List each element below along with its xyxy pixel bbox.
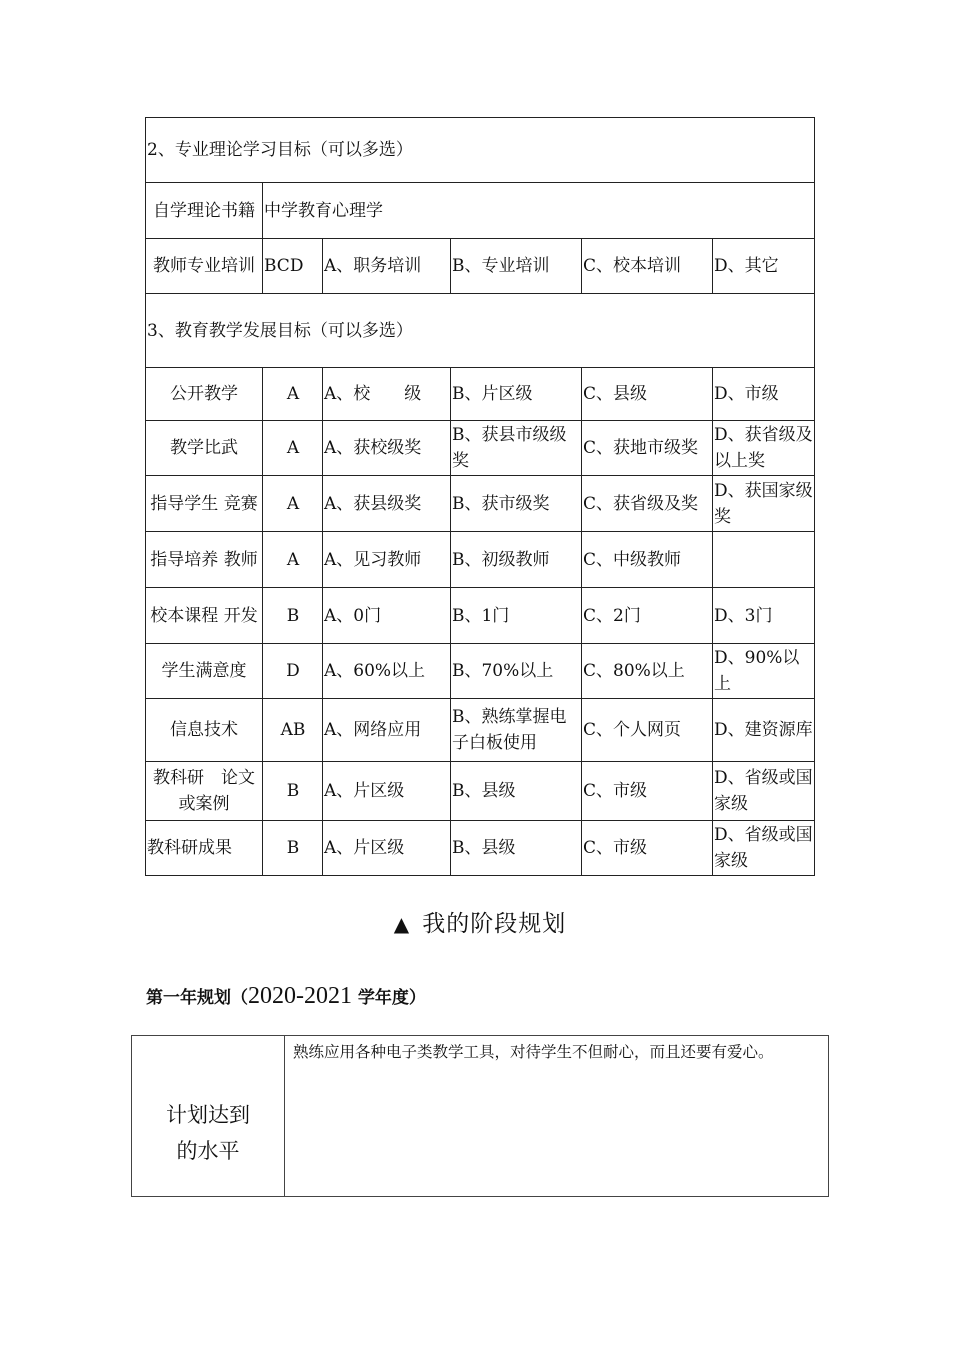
- option-b: B、专业培训: [451, 239, 582, 294]
- plan-level-content: 熟练应用各种电子类教学工具，对待学生不但耐心，而且还要有爱心。: [285, 1036, 829, 1197]
- option-d: D、获国家级奖: [713, 476, 815, 532]
- table-row: 指导学生 竞赛 A A、获县级奖 B、获市级奖 C、获省级及奖 D、获国家级奖: [146, 476, 815, 532]
- table-row: 学生满意度 D A、60%以上 B、70%以上 C、80%以上 D、90%以上: [146, 644, 815, 699]
- row-label: 教科研 论文或案例: [146, 762, 263, 821]
- option-b: B、熟练掌握电子白板使用: [451, 699, 582, 762]
- option-a: A、60%以上: [323, 644, 451, 699]
- section3-header-row: 3、教育教学发展目标（可以多选）: [146, 294, 815, 368]
- table-row: 指导培养 教师 A A、见习教师 B、初级教师 C、中级教师: [146, 532, 815, 588]
- answer-cell: BCD: [263, 239, 323, 294]
- option-d: D、省级或国家级: [713, 762, 815, 821]
- table-row: 教科研 论文或案例 B A、片区级 B、县级 C、市级 D、省级或国家级: [146, 762, 815, 821]
- option-b: B、1门: [451, 588, 582, 644]
- plan-level-label: 计划达到的水平: [132, 1036, 285, 1197]
- table-row: 公开教学 A A、校 级 B、片区级 C、县级 D、市级: [146, 368, 815, 421]
- stage-plan-heading: ▲我的阶段规划: [0, 905, 960, 938]
- table-row: 信息技术 AB A、网络应用 B、熟练掌握电子白板使用 C、个人网页 D、建资源…: [146, 699, 815, 762]
- option-a: A、0门: [323, 588, 451, 644]
- row-label: 教师专业培训: [146, 239, 263, 294]
- row-label: 教学比武: [146, 421, 263, 476]
- option-b: B、县级: [451, 821, 582, 876]
- year1-suffix: 学年度）: [352, 988, 426, 1008]
- option-c: C、获省级及奖: [582, 476, 713, 532]
- section2-header-row: 2、专业理论学习目标（可以多选）: [146, 118, 815, 183]
- row-label: 指导学生 竞赛: [146, 476, 263, 532]
- row-label: 学生满意度: [146, 644, 263, 699]
- option-b: B、县级: [451, 762, 582, 821]
- stage-plan-title: 我的阶段规划: [422, 911, 566, 937]
- row-label: 指导培养 教师: [146, 532, 263, 588]
- option-c: C、校本培训: [582, 239, 713, 294]
- option-a: A、见习教师: [323, 532, 451, 588]
- answer-cell: A: [263, 368, 323, 421]
- table-row: 教学比武 A A、获校级奖 B、获县市级级奖 C、获地市级奖 D、获省级及以上奖: [146, 421, 815, 476]
- row-label: 教科研成果: [146, 821, 263, 876]
- option-a: A、职务培训: [323, 239, 451, 294]
- row-label: 校本课程 开发: [146, 588, 263, 644]
- option-c: C、中级教师: [582, 532, 713, 588]
- option-c: C、市级: [582, 821, 713, 876]
- answer-cell: D: [263, 644, 323, 699]
- answer-cell: B: [263, 588, 323, 644]
- answer-cell: B: [263, 762, 323, 821]
- option-d: [713, 532, 815, 588]
- option-a: A、获校级奖: [323, 421, 451, 476]
- option-b: B、获市级奖: [451, 476, 582, 532]
- answer-cell: A: [263, 476, 323, 532]
- option-b: B、初级教师: [451, 532, 582, 588]
- row-label: 信息技术: [146, 699, 263, 762]
- row-label: 公开教学: [146, 368, 263, 421]
- answer-cell: A: [263, 421, 323, 476]
- option-d: D、建资源库: [713, 699, 815, 762]
- goals-table: 2、专业理论学习目标（可以多选） 自学理论书籍 中学教育心理学 教师专业培训 B…: [145, 117, 815, 876]
- option-c: C、市级: [582, 762, 713, 821]
- row-label: 自学理论书籍: [146, 183, 263, 239]
- year1-plan-table: 计划达到的水平 熟练应用各种电子类教学工具，对待学生不但耐心，而且还要有爱心。: [131, 1035, 829, 1197]
- option-c: C、个人网页: [582, 699, 713, 762]
- option-d: D、其它: [713, 239, 815, 294]
- year1-prefix: 第一年规划（: [146, 988, 248, 1008]
- option-c: C、2门: [582, 588, 713, 644]
- option-a: A、网络应用: [323, 699, 451, 762]
- option-a: A、片区级: [323, 762, 451, 821]
- year1-title: 第一年规划（2020-2021 学年度）: [146, 983, 426, 1010]
- option-d: D、90%以上: [713, 644, 815, 699]
- training-row: 教师专业培训 BCD A、职务培训 B、专业培训 C、校本培训 D、其它: [146, 239, 815, 294]
- section3-title: 3、教育教学发展目标（可以多选）: [146, 294, 815, 368]
- section2-title: 2、专业理论学习目标（可以多选）: [146, 118, 815, 183]
- option-b: B、70%以上: [451, 644, 582, 699]
- option-a: A、获县级奖: [323, 476, 451, 532]
- option-d: D、市级: [713, 368, 815, 421]
- option-b: B、获县市级级奖: [451, 421, 582, 476]
- option-a: A、校 级: [323, 368, 451, 421]
- option-c: C、获地市级奖: [582, 421, 713, 476]
- table-row: 教科研成果 B A、片区级 B、县级 C、市级 D、省级或国家级: [146, 821, 815, 876]
- option-c: C、80%以上: [582, 644, 713, 699]
- answer-cell: AB: [263, 699, 323, 762]
- triangle-icon: ▲: [394, 912, 410, 936]
- self-study-value: 中学教育心理学: [263, 183, 815, 239]
- year1-years: 2020-2021: [248, 983, 352, 1009]
- option-d: D、3门: [713, 588, 815, 644]
- answer-cell: A: [263, 532, 323, 588]
- option-d: D、省级或国家级: [713, 821, 815, 876]
- option-d: D、获省级及以上奖: [713, 421, 815, 476]
- option-b: B、片区级: [451, 368, 582, 421]
- option-a: A、片区级: [323, 821, 451, 876]
- table-row: 校本课程 开发 B A、0门 B、1门 C、2门 D、3门: [146, 588, 815, 644]
- plan-level-label-text: 计划达到的水平: [164, 1097, 252, 1169]
- self-study-row: 自学理论书籍 中学教育心理学: [146, 183, 815, 239]
- answer-cell: B: [263, 821, 323, 876]
- option-c: C、县级: [582, 368, 713, 421]
